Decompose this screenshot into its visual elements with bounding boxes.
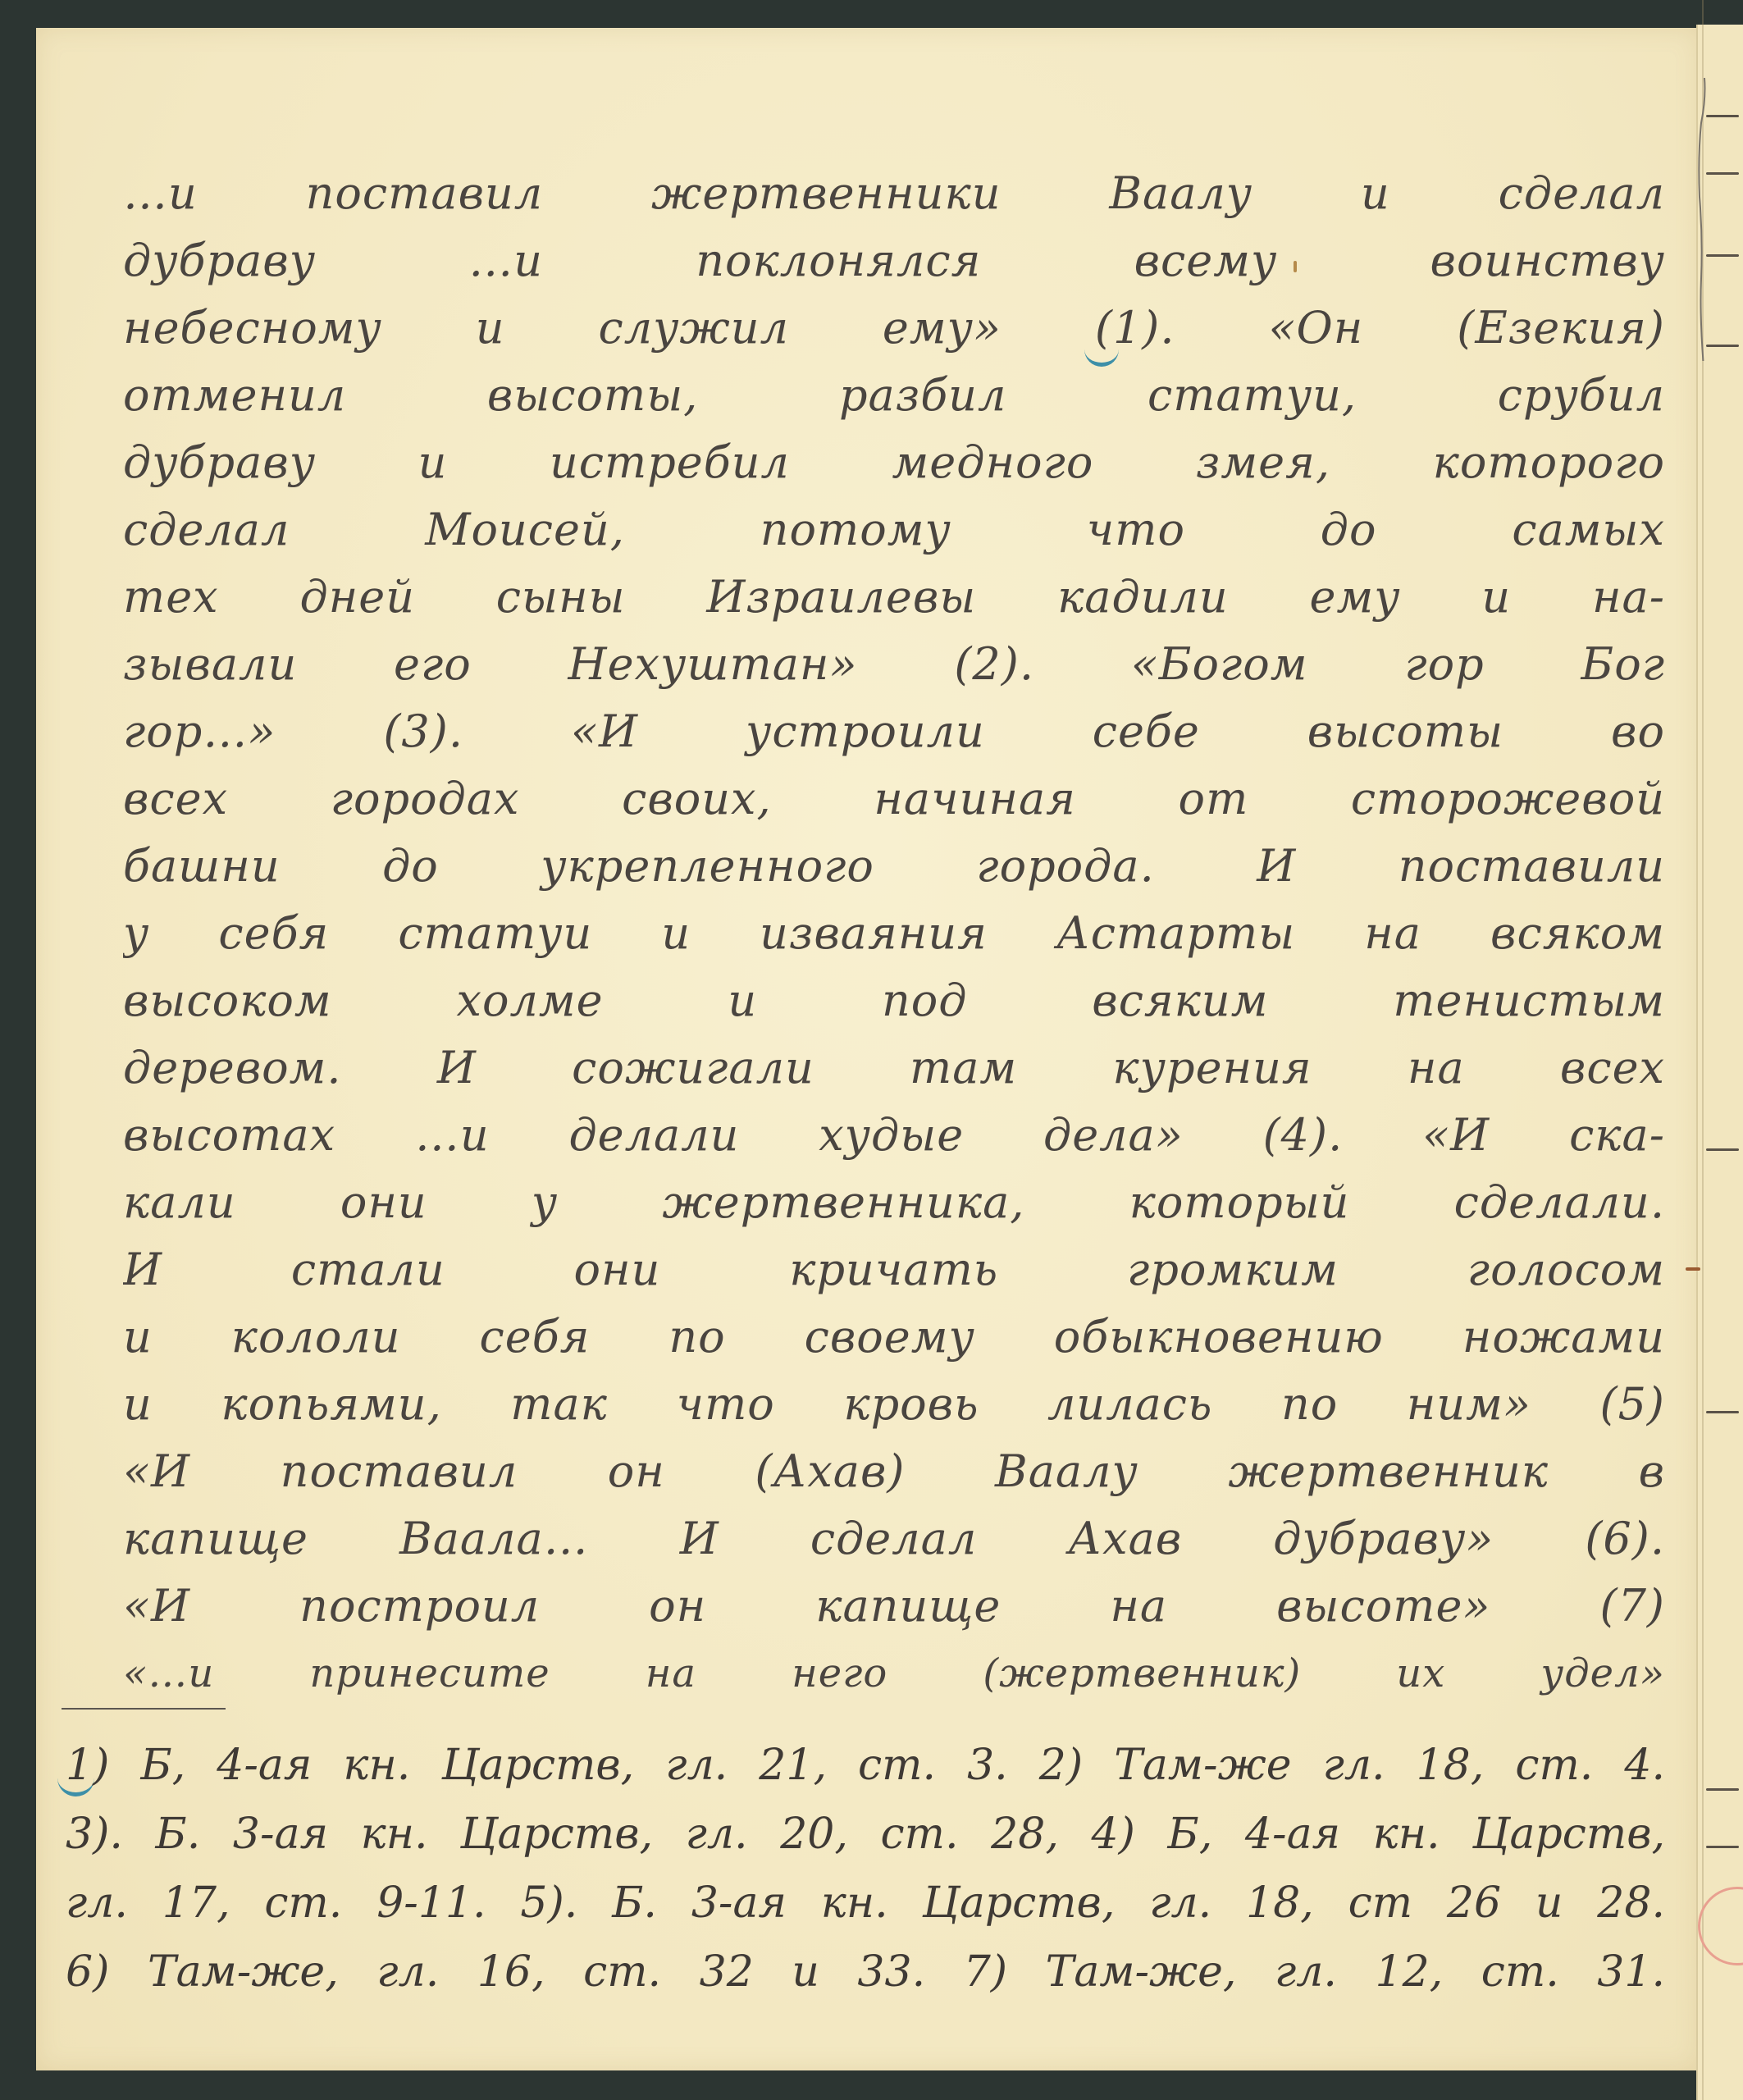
- next-page-ink-stroke: [1706, 115, 1739, 117]
- text-line: кали они у жертвенника, который сделали.: [123, 1169, 1665, 1236]
- text-line: капище Ваала… И сделал Ахав дубраву» (6)…: [123, 1505, 1665, 1573]
- manuscript-body: …и поставил жертвенники Ваалу и сделал д…: [123, 160, 1665, 1707]
- next-page-ink-stroke: [1706, 254, 1739, 257]
- text-line: сделал Моисей, потому что до самых: [123, 496, 1665, 564]
- text-line: небесному и служил ему» (1). «Он (Езекия…: [123, 294, 1665, 362]
- next-page-ink-stroke: [1706, 1846, 1739, 1848]
- next-page-ink-stroke: [1706, 345, 1739, 347]
- text-line: у себя статуи и изваяния Астарты на всяк…: [123, 900, 1665, 967]
- text-line: башни до укрепленного города. И поставил…: [123, 833, 1665, 900]
- footnotes: 1) Б, 4-ая кн. Царств, гл. 21, ст. 3. 2)…: [66, 1731, 1665, 2006]
- text-line: …и поставил жертвенники Ваалу и сделал: [123, 160, 1665, 227]
- text-line: отменил высоты, разбил статуи, срубил: [123, 362, 1665, 429]
- text-line: «И построил он капище на высоте» (7): [123, 1573, 1665, 1640]
- footnote-line: 6) Там-же, гл. 16, ст. 32 и 33. 7) Там-ж…: [66, 1938, 1665, 2006]
- text-line: тех дней сыны Израилевы кадили ему и на-: [123, 564, 1665, 631]
- next-page-ink-stroke: [1706, 1788, 1739, 1791]
- footnote-line: 3). Б. 3-ая кн. Царств, гл. 20, ст. 28, …: [66, 1800, 1665, 1869]
- text-line: высотах …и делали худые дела» (4). «И ск…: [123, 1102, 1665, 1169]
- text-line: «И поставил он (Ахав) Ваалу жертвенник в: [123, 1438, 1665, 1505]
- text-line: гор…» (3). «И устроили себе высоты во: [123, 698, 1665, 765]
- text-line: всех городах своих, начиная от сторожево…: [123, 765, 1665, 833]
- text-line: и кололи себя по своему обыкновению ножа…: [123, 1303, 1665, 1371]
- text-line: дубраву …и поклонялся всему воинству: [123, 227, 1665, 294]
- footnote-line: гл. 17, ст. 9-11. 5). Б. 3-ая кн. Царств…: [66, 1869, 1665, 1938]
- footnote-line: 1) Б, 4-ая кн. Царств, гл. 21, ст. 3. 2)…: [66, 1731, 1665, 1800]
- paper-stain: [1686, 1267, 1700, 1271]
- next-page-ink-stroke: [1706, 1148, 1739, 1151]
- footnote-separator: [62, 1708, 226, 1710]
- text-line: И стали они кричать громким голосом: [123, 1236, 1665, 1303]
- text-line: дубраву и истребил медного змея, которог…: [123, 429, 1665, 496]
- next-page-ink-stroke: [1706, 172, 1739, 175]
- next-page-ink-stroke: [1706, 1411, 1739, 1413]
- text-line: высоком холме и под всяким тенистым: [123, 967, 1665, 1034]
- text-line: и копьями, так что кровь лилась по ним» …: [123, 1371, 1665, 1438]
- text-line: деревом. И сожигали там курения на всех: [123, 1034, 1665, 1102]
- text-line: зывали его Нехуштан» (2). «Богом гор Бог: [123, 631, 1665, 698]
- margin-pencil-stroke: [1690, 49, 1714, 361]
- text-line: «…и принесите на него (жертвенник) их уд…: [123, 1640, 1665, 1707]
